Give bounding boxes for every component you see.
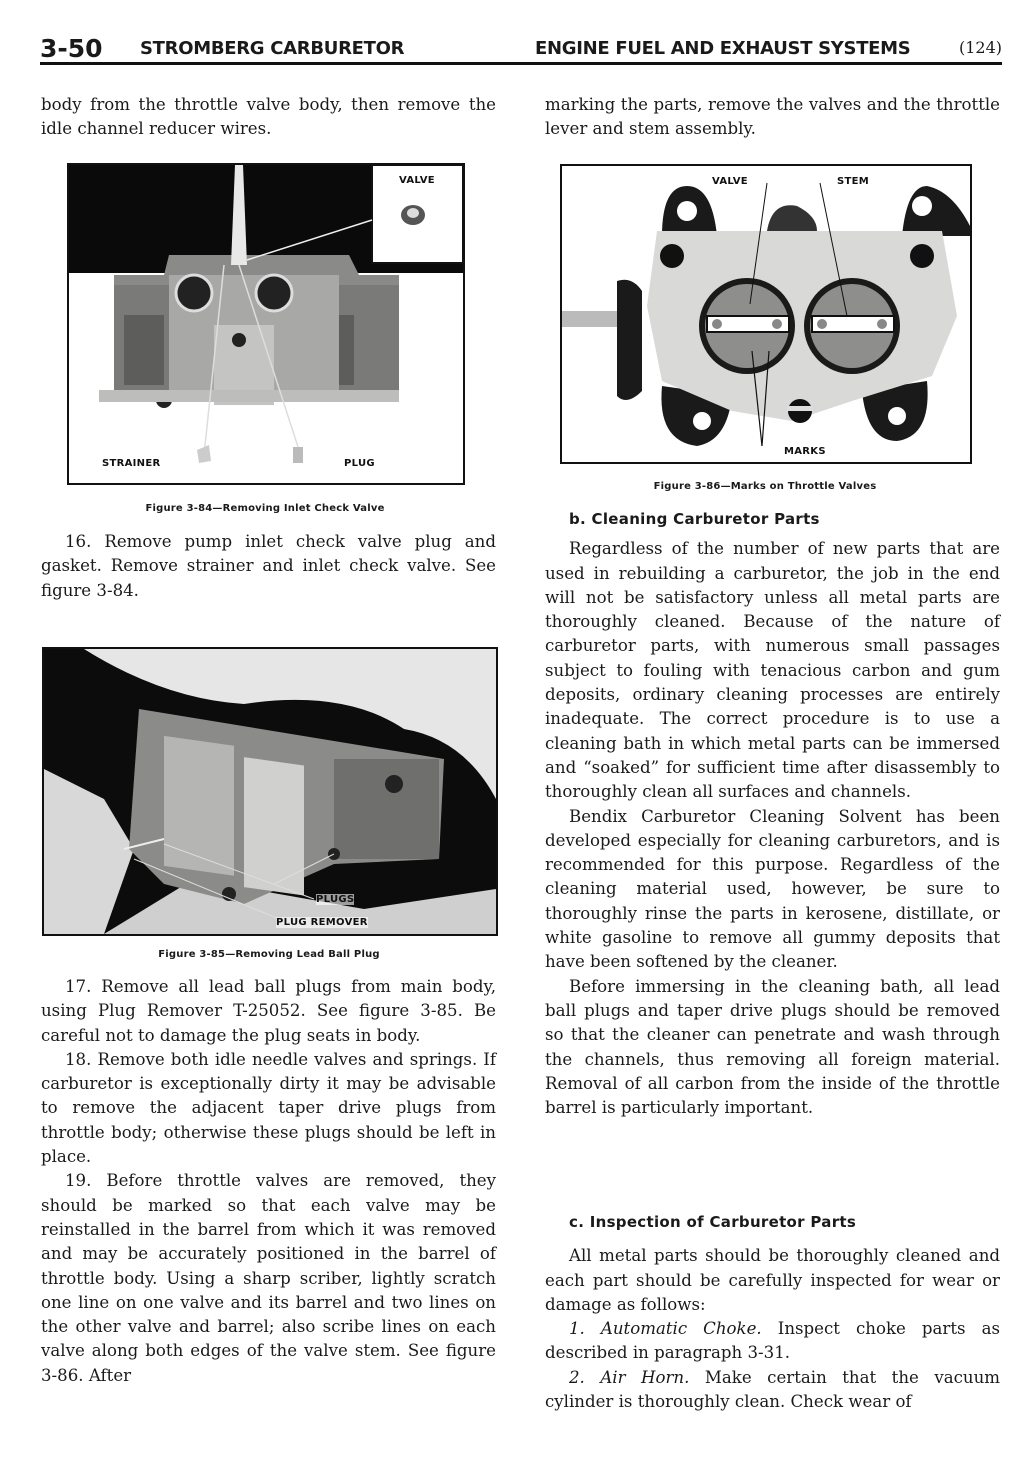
section-heading: c. Inspection of Carburetor Parts	[569, 1210, 1000, 1234]
page-header: 3-50 STROMBERG CARBURETOR ENGINE FUEL AN…	[40, 32, 1002, 65]
label-plugs: PLUGS	[316, 894, 354, 905]
item-label: 1. Automatic Choke.	[569, 1319, 762, 1338]
label-plug: PLUG	[344, 458, 375, 469]
step-19: 19. Before throttle valves are removed, …	[41, 1169, 496, 1388]
page-index: (124)	[959, 38, 1002, 57]
paragraph: marking the parts, remove the valves and…	[545, 93, 1000, 142]
paragraph: 16. Remove pump inlet check valve plug a…	[41, 530, 496, 603]
paragraph: Regardless of the number of new parts th…	[545, 537, 1000, 804]
item-label: 2. Air Horn.	[569, 1368, 689, 1387]
section-title: ENGINE FUEL AND EXHAUST SYSTEMS	[535, 38, 910, 59]
right-intro: marking the parts, remove the valves and…	[545, 93, 1000, 142]
list-item: 2. Air Horn. Make certain that the vacuu…	[545, 1366, 1000, 1415]
throttle-body-photo	[562, 166, 970, 462]
carburetor-photo-lead-plug	[44, 649, 496, 934]
step-17: 17. Remove all lead ball plugs from main…	[41, 975, 496, 1048]
label-stem: STEM	[837, 176, 869, 187]
figure-caption: Figure 3-85—Removing Lead Ball Plug	[42, 949, 496, 960]
chapter-title: STROMBERG CARBURETOR	[140, 38, 404, 59]
paragraph: Bendix Carburetor Cleaning Solvent has b…	[545, 805, 1000, 975]
steps-17-19: 17. Remove all lead ball plugs from main…	[41, 975, 496, 1388]
label-strainer: STRAINER	[102, 458, 160, 469]
label-valve: VALVE	[712, 176, 748, 187]
step-18: 18. Remove both idle needle valves and s…	[41, 1048, 496, 1169]
section-c: c. Inspection of Carburetor Parts All me…	[545, 1210, 1000, 1414]
left-intro: body from the throttle valve body, then …	[41, 93, 496, 142]
paragraph: Before immersing in the cleaning bath, a…	[545, 975, 1000, 1121]
step-16: 16. Remove pump inlet check valve plug a…	[41, 530, 496, 603]
section-heading: b. Cleaning Carburetor Parts	[569, 507, 1000, 531]
figure-caption: Figure 3-84—Removing Inlet Check Valve	[67, 503, 463, 514]
paragraph: body from the throttle valve body, then …	[41, 93, 496, 142]
label-valve: VALVE	[399, 175, 435, 186]
list-item: 1. Automatic Choke. Inspect choke parts …	[545, 1317, 1000, 1366]
carburetor-photo-inlet-check	[69, 165, 463, 483]
figure-3-85: PLUGS PLUG REMOVER	[42, 647, 498, 936]
figure-3-84: VALVE STRAINER PLUG	[67, 163, 465, 485]
label-marks: MARKS	[784, 446, 826, 457]
figure-caption: Figure 3-86—Marks on Throttle Valves	[560, 481, 970, 492]
figure-3-86: VALVE STEM MARKS	[560, 164, 972, 464]
label-plug-remover: PLUG REMOVER	[276, 917, 368, 928]
section-b: b. Cleaning Carburetor Parts Regardless …	[545, 507, 1000, 1120]
paragraph: All metal parts should be thoroughly cle…	[545, 1244, 1000, 1317]
page-number: 3-50	[40, 34, 103, 63]
